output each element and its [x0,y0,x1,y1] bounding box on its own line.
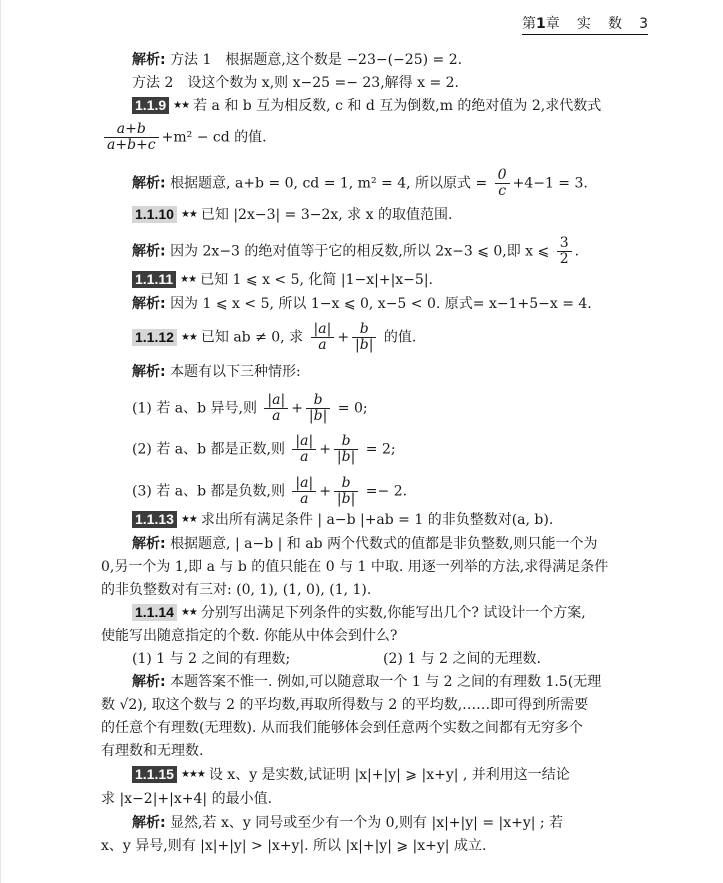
difficulty-stars-icon: ★★★ [181,769,205,780]
sub-question-1: (1) 1 与 2 之间的有理数; [132,649,290,669]
solution-method-1: 解析: 方法 1 根据题意,这个数是 −23−(−25) = 2. [132,50,462,70]
problem-number-badge: 1.1.13 [132,511,177,528]
solution-1-1-15-line-1: 解析: 显然,若 x、y 同号或至少有一个为 0,则有 |x|+|y| = |x… [132,813,563,833]
problem-1-1-11: 1.1.11★★已知 1 ⩽ x < 5, 化简 |1−x|+|x−5|. [132,270,433,290]
difficulty-stars-icon: ★★ [173,100,189,111]
chapter-title-2: 数 [608,15,622,33]
chapter-label: 第1章 [522,15,560,33]
sub-question-2: (2) 1 与 2 之间的无理数. [383,649,541,669]
solution-1-1-14-line-4: 有理数和无理数. [101,741,203,761]
problem-number-badge: 1.1.15 [132,766,177,783]
problem-1-1-10: 1.1.10★★已知 |2x−3| = 3−2x, 求 x 的取值范围. [132,205,452,225]
problem-number-badge: 1.1.10 [132,206,177,223]
solution-1-1-11: 解析: 因为 1 ⩽ x < 5, 所以 1−x ⩽ 0, x−5 < 0. 原… [132,294,592,314]
problem-number-badge: 1.1.12 [132,329,177,346]
difficulty-stars-icon: ★★ [181,209,197,220]
problem-1-1-12: 1.1.12★★已知 ab ≠ 0, 求 |a|a+b|b| 的值. [132,322,416,353]
solution-method-2: 方法 2 设这个数为 x,则 x−25 =− 23,解得 x = 2. [132,73,459,93]
case-2: (2) 若 a、b 都是正数,则 |a|a+b|b| = 2; [132,434,396,465]
solution-1-1-9: 解析: 根据题意, a+b = 0, cd = 1, m² = 4, 所以原式 … [132,168,588,199]
chapter-title-1: 实 [577,15,591,33]
difficulty-stars-icon: ★★ [180,274,196,285]
solution-1-1-13-line-3: 的非负整数对有三对: (0, 1), (1, 0), (1, 1). [101,580,371,600]
problem-1-1-9: 1.1.9★★若 a 和 b 互为相反数, c 和 d 互为倒数,m 的绝对值为… [132,96,601,116]
solution-1-1-13-line-1: 解析: 根据题意, | a−b | 和 ab 两个代数式的值都是非负整数,则只能… [132,534,597,554]
problem-1-1-15-line-2: 求 |x−2|+|x+4| 的最小值. [101,789,272,809]
difficulty-stars-icon: ★★ [181,332,197,343]
solution-1-1-15-line-2: x、y 异号,则有 |x|+|y| > |x+y|. 所以 |x|+|y| ⩾ … [101,836,486,856]
problem-number-badge: 1.1.11 [132,271,176,288]
problem-1-1-9-expression: a+ba+b+c+m² − cd 的值. [101,122,267,153]
problem-number-badge: 1.1.9 [132,97,169,114]
page-number: 3 [639,15,648,33]
case-3: (3) 若 a、b 都是负数,则 |a|a+b|b| =− 2. [132,476,407,507]
solution-1-1-14-line-1: 解析: 本题答案不惟一. 例如,可以随意取一个 1 与 2 之间的有理数 1.5… [132,672,601,692]
problem-1-1-13: 1.1.13★★求出所有满足条件 | a−b |+ab = 1 的非负整数对(a… [132,510,553,530]
solution-1-1-14-line-2: 数 √2), 取这个数与 2 的平均数,再取所得数与 2 的平均数,……即可得到… [101,695,588,715]
solution-1-1-14-line-3: 的任意个有理数(无理数). 从而我们能够体会到任意两个实数之间都有无穷多个 [101,718,583,738]
solution-1-1-13-line-2: 0,另一个为 1,即 a 与 b 的值只能在 0 与 1 中取. 用逐一列举的方… [101,557,608,577]
problem-1-1-14-line-2: 使能写出随意指定的个数. 你能从中体会到什么? [101,626,397,646]
difficulty-stars-icon: ★★ [181,514,197,525]
problem-number-badge: 1.1.14 [132,604,177,621]
problem-1-1-15: 1.1.15★★★设 x、y 是实数,试证明 |x|+|y| ⩾ |x+y| ,… [132,765,570,785]
solution-1-1-12: 解析: 本题有以下三种情形: [132,362,301,382]
case-1: (1) 若 a、b 异号,则 |a|a+b|b| = 0; [132,393,368,424]
difficulty-stars-icon: ★★ [181,607,197,618]
solution-1-1-10: 解析: 因为 2x−3 的绝对值等于它的相反数,所以 2x−3 ⩽ 0,即 x … [132,236,579,267]
book-page: 第1章 实 数 3 解析: 方法 1 根据题意,这个数是 −23−(−25) =… [0,0,723,883]
problem-1-1-14: 1.1.14★★分别写出满足下列条件的实数,你能写出几个? 试设计一个方案, [132,603,586,623]
running-header: 第1章 实 数 3 [522,15,648,35]
